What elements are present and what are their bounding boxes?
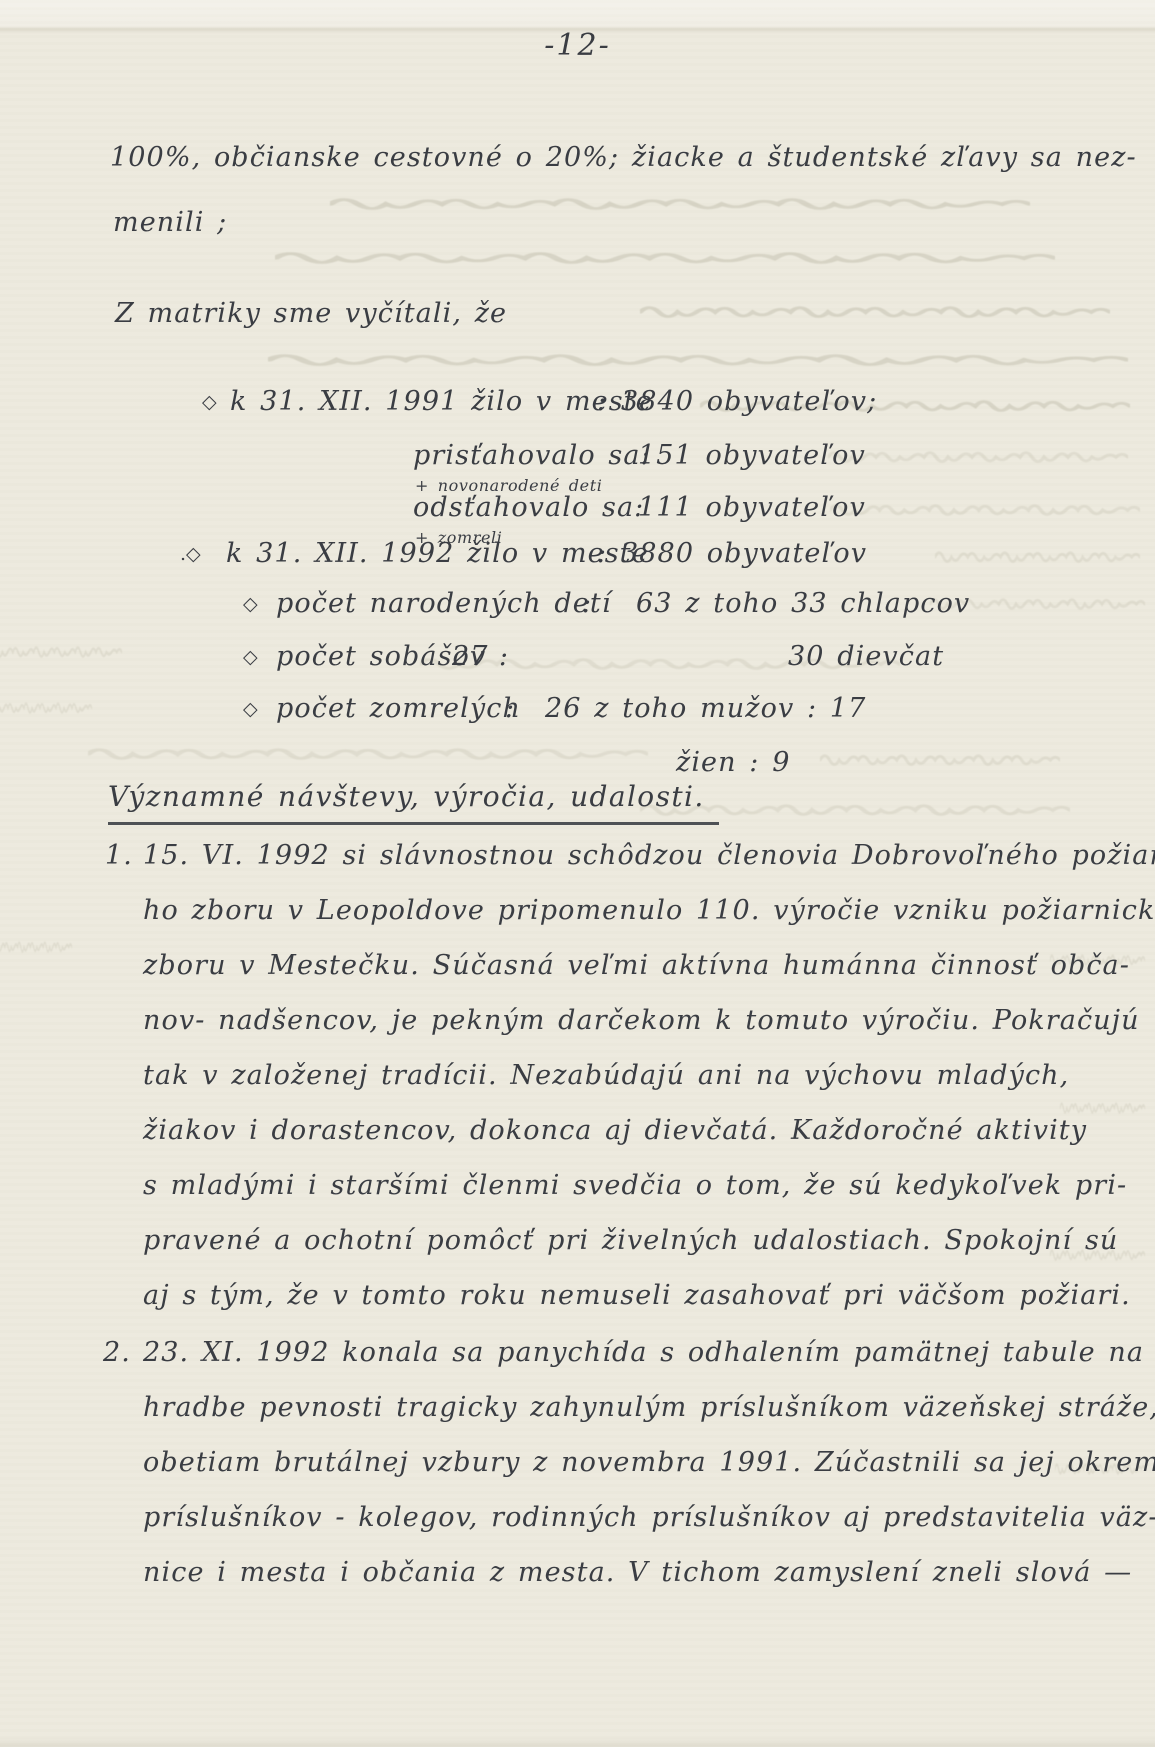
- births-girls-value: 30 dievčat: [788, 641, 944, 672]
- moved-in-value: 151 obyvateľov: [638, 440, 866, 471]
- intro-line-2: menili ;: [113, 207, 227, 238]
- item-2-number: 2.: [103, 1337, 131, 1368]
- diamond-bullet-icon: ◇: [243, 698, 258, 720]
- bleed-through-ghost: [88, 742, 648, 764]
- item-2-line: obetiam brutálnej vzbury z novembra 1991…: [143, 1447, 1155, 1478]
- census-1991-colon: :: [597, 386, 607, 417]
- item-1-line: ho zboru v Leopoldove pripomenulo 110. v…: [143, 895, 1155, 926]
- item-1-number: 1.: [105, 840, 133, 871]
- chronicle-page: -12- 100%, občianske cestovné o 20%; žia…: [0, 0, 1155, 1747]
- diamond-bullet-icon: ◇: [243, 646, 258, 668]
- item-2-line: 23. XI. 1992 konala sa panychída s odhal…: [143, 1337, 1144, 1368]
- item-1-line: tak v založenej tradícii. Nezabúdajú ani…: [143, 1060, 1069, 1091]
- item-2-line: nice i mesta i občania z mesta. V tichom…: [143, 1557, 1132, 1588]
- deaths-colon: :: [505, 693, 515, 724]
- item-1-line: pravené a ochotní pomôcť pri živelných u…: [143, 1225, 1118, 1256]
- section-heading: Významné návštevy, výročia, udalosti.: [108, 780, 719, 825]
- births-label: počet narodených detí: [276, 588, 612, 619]
- item-1-line: 15. VI. 1992 si slávnostnou schôdzou čle…: [143, 840, 1155, 871]
- deaths-women-value: žien : 9: [676, 747, 790, 778]
- census-1992-colon: :: [597, 538, 607, 569]
- census-1991-row: ◇ k 31. XII. 1991 žilo v meste : 3840 ob…: [0, 386, 1155, 438]
- bleed-through-ghost: [0, 935, 72, 957]
- item-2-line: príslušníkov - kolegov, rodinných príslu…: [143, 1502, 1155, 1533]
- moved-in-row: prisťahovalo sa: 151 obyvateľov + novona…: [0, 440, 1155, 492]
- page-number: -12-: [0, 28, 1155, 63]
- diamond-bullet-icon: ◇: [202, 391, 217, 413]
- item-1-line: aj s tým, že v tomto roku nemuseli zasah…: [143, 1280, 1131, 1311]
- census-1991-value: 3840 obyvateľov;: [621, 386, 877, 417]
- bleed-through-ghost: [268, 348, 1128, 370]
- moved-out-label: odsťahovalo sa:: [413, 492, 644, 523]
- bleed-through-ghost: [330, 192, 1030, 214]
- item-1-line: zboru v Mestečku. Súčasná veľmi aktívna …: [143, 950, 1130, 981]
- census-1991-label: k 31. XII. 1991 žilo v meste: [230, 386, 653, 417]
- moved-in-label: prisťahovalo sa:: [413, 440, 651, 471]
- births-value: 63 z toho 33 chlapcov: [636, 588, 970, 619]
- census-1992-value: 3880 obyvateľov: [621, 538, 867, 569]
- bleed-through-ghost: [275, 246, 1055, 268]
- diamond-bullet-icon: .◇: [180, 543, 201, 565]
- item-2-line: hradbe pevnosti tragicky zahynulým prísl…: [143, 1392, 1155, 1423]
- census-1992-row: .◇ k 31. XII. 1992 žilo v meste : 3880 o…: [0, 538, 1155, 590]
- deaths-label: počet zomrelých: [276, 693, 521, 724]
- diamond-bullet-icon: ◇: [243, 593, 258, 615]
- deaths-row: ◇ počet zomrelých : 26 z toho mužov : 17: [0, 693, 1155, 745]
- moved-out-row: odsťahovalo sa: 111 obyvateľov + zomreli: [0, 492, 1155, 544]
- moved-out-value: 111 obyvateľov: [638, 492, 866, 523]
- marriages-row: ◇ počet sobášov : 27 30 dievčat: [0, 641, 1155, 693]
- item-1-line: žiakov i dorastencov, dokonca aj dievčat…: [143, 1115, 1087, 1146]
- births-colon: :: [582, 588, 592, 619]
- item-1-line: nov- nadšencov, je pekným darčekom k tom…: [143, 1005, 1140, 1036]
- bleed-through-ghost: [640, 300, 1110, 322]
- item-1-line: s mladými i staršími členmi svedčia o to…: [143, 1170, 1127, 1201]
- deaths-value: 26 z toho mužov : 17: [545, 693, 866, 724]
- census-1992-label: k 31. XII. 1992 žilo v meste: [226, 538, 649, 569]
- marriages-value: 27: [452, 641, 489, 672]
- intro-line-1: 100%, občianske cestovné o 20%; žiacke a…: [110, 142, 1137, 173]
- matrika-lead: Z matriky sme vyčítali, že: [115, 298, 507, 329]
- bleed-through-ghost: [820, 748, 1060, 770]
- births-row: ◇ počet narodených detí : 63 z toho 33 c…: [0, 588, 1155, 640]
